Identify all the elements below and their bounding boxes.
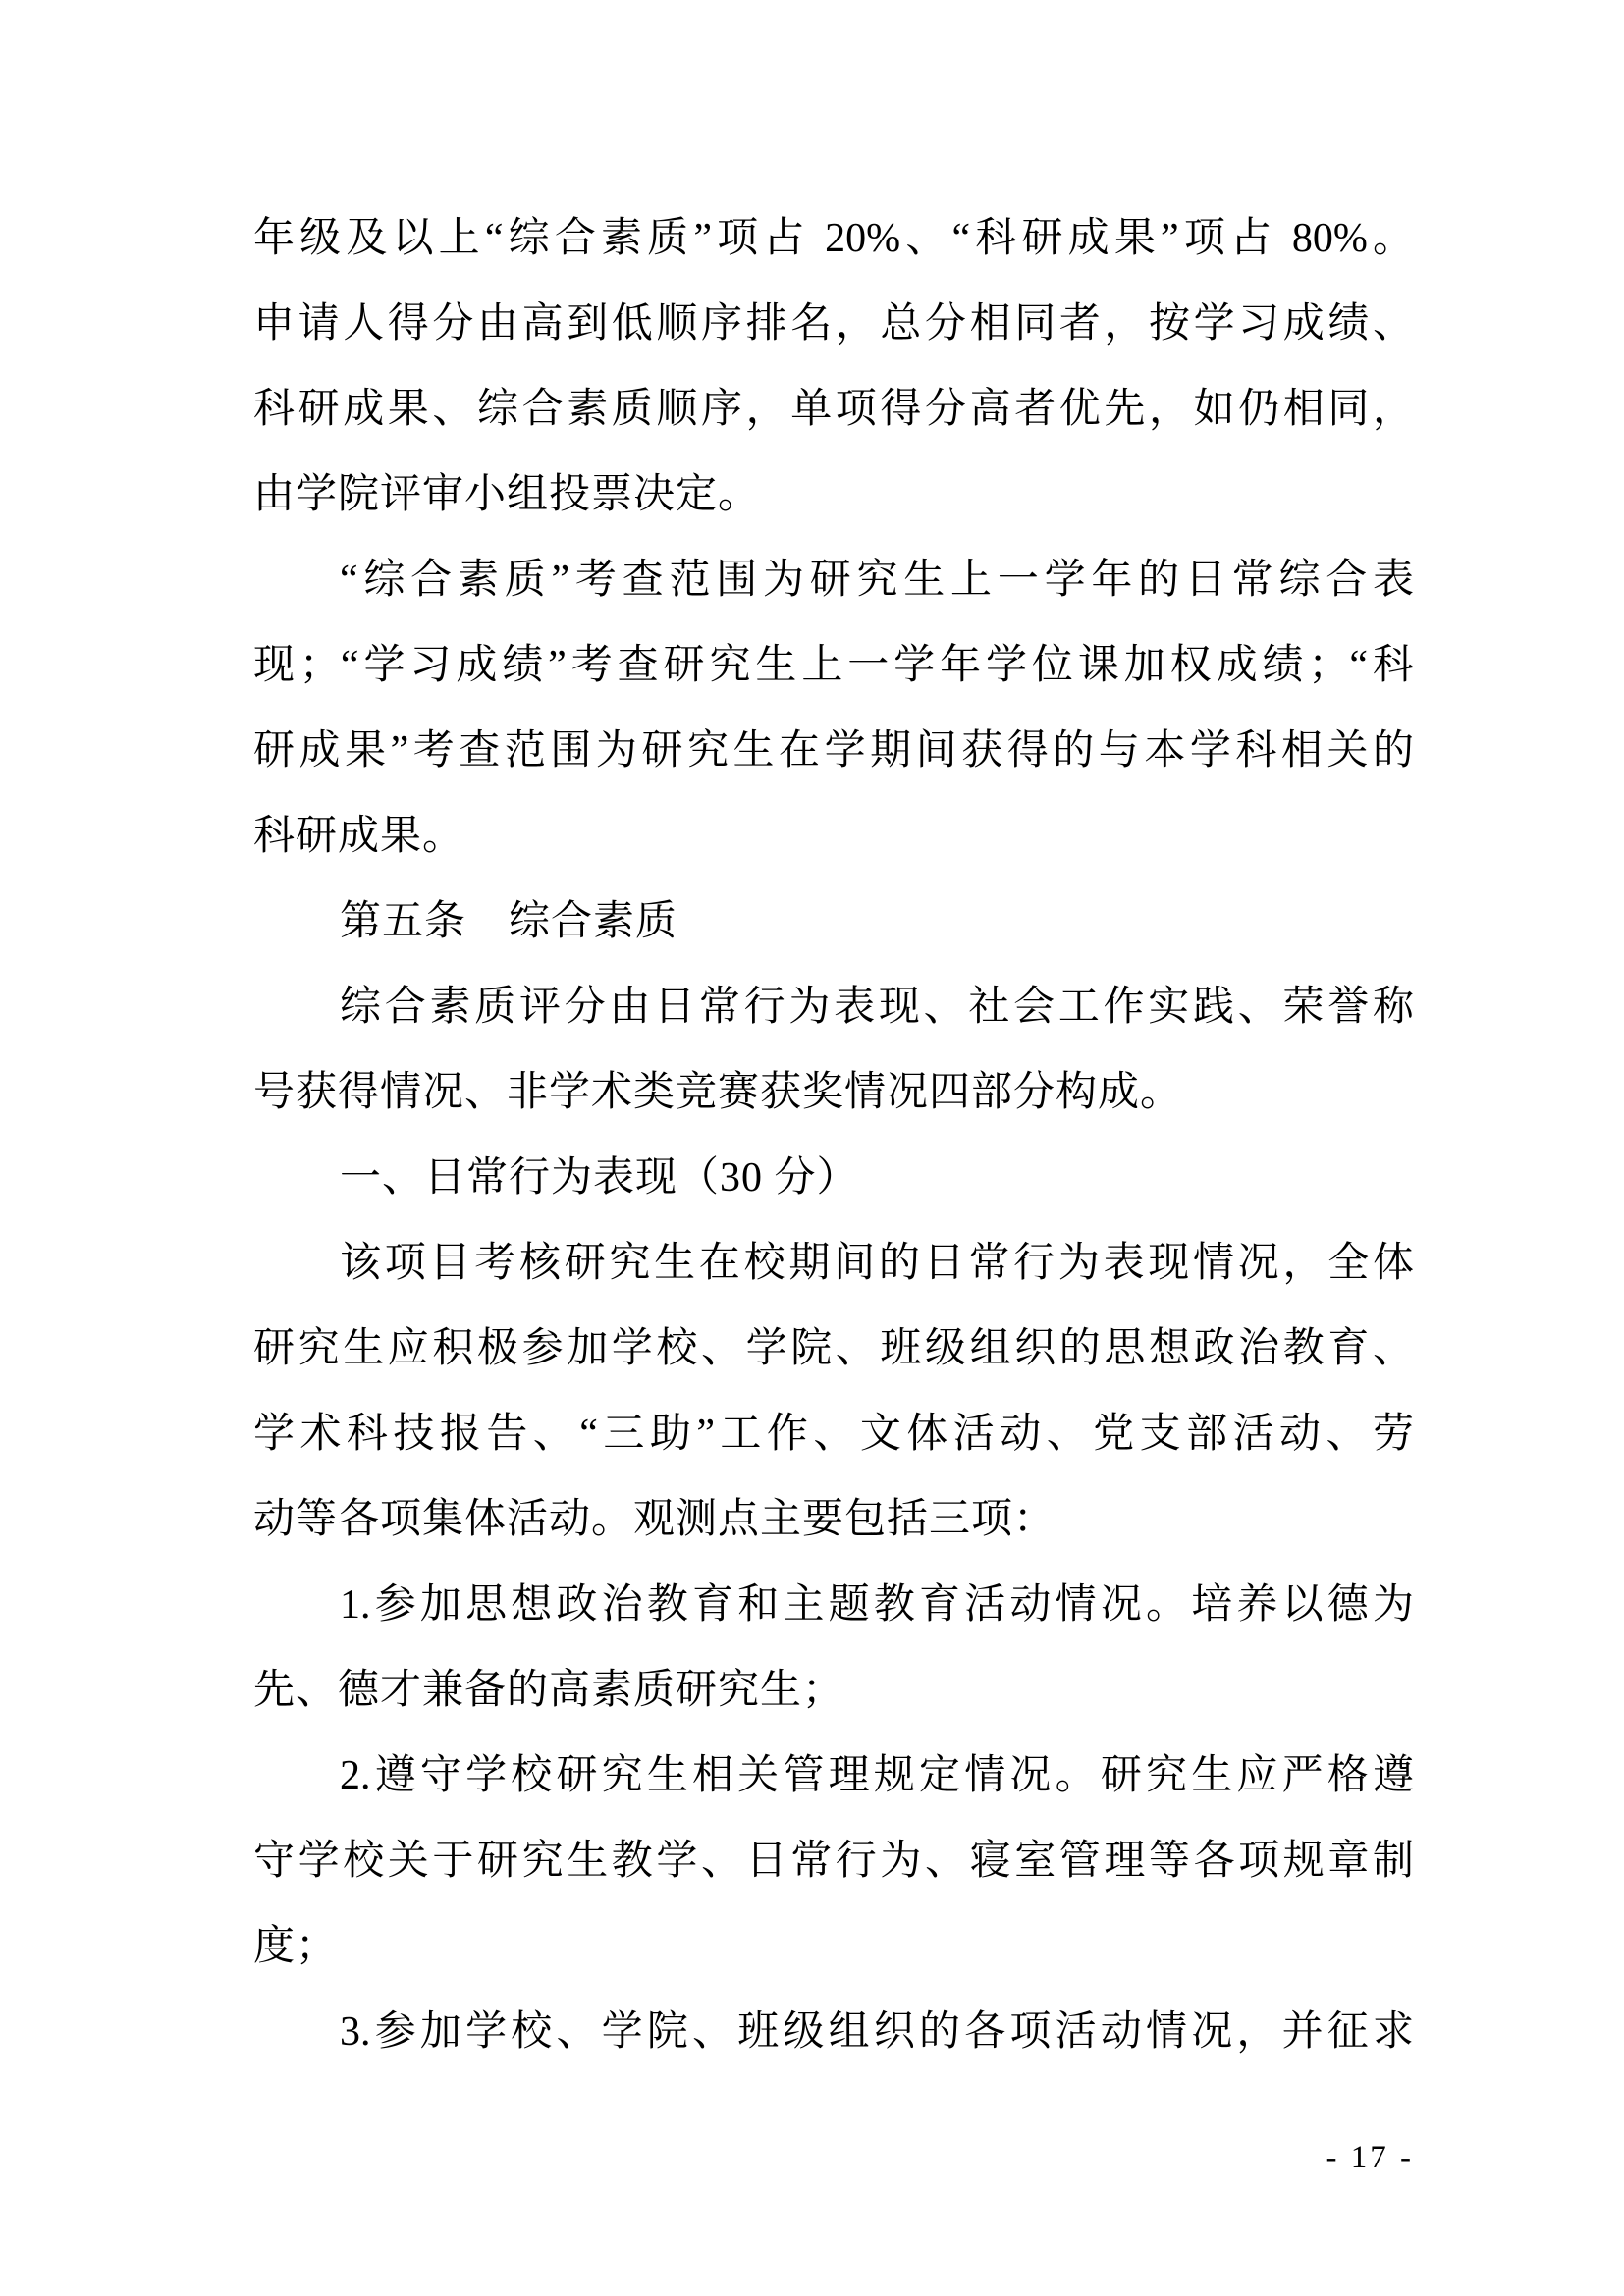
- text-line: 守学校关于研究生教学、日常行为、寝室管理等各项规章制: [253, 1819, 1414, 1904]
- text-line: 3.参加学校、学院、班级组织的各项活动情况，并征求: [253, 1990, 1414, 2075]
- text-line: 先、德才兼备的高素质研究生；: [253, 1648, 1414, 1734]
- text-line: 由学院评审小组投票决定。: [253, 453, 1414, 538]
- text-line: 研成果”考查范围为研究生在学期间获得的与本学科相关的: [253, 709, 1414, 794]
- text-line: 一、日常行为表现（30 分）: [253, 1136, 1414, 1221]
- text-line: 号获得情况、非学术类竞赛获奖情况四部分构成。: [253, 1050, 1414, 1136]
- text-line: 科研成果。: [253, 794, 1414, 880]
- text-line: 现；“学习成绩”考查研究生上一学年学位课加权成绩；“科: [253, 623, 1414, 709]
- text-line: 年级及以上“综合素质”项占 20%、“科研成果”项占 80%。: [253, 196, 1414, 282]
- text-line: 度；: [253, 1904, 1414, 1990]
- text-line: 科研成果、综合素质顺序，单项得分高者优先，如仍相同，: [253, 367, 1414, 453]
- text-line: 动等各项集体活动。观测点主要包括三项：: [253, 1477, 1414, 1563]
- text-line: 综合素质评分由日常行为表现、社会工作实践、荣誉称: [253, 965, 1414, 1050]
- document-page: 年级及以上“综合素质”项占 20%、“科研成果”项占 80%。申请人得分由高到低…: [0, 0, 1624, 2296]
- document-body: 年级及以上“综合素质”项占 20%、“科研成果”项占 80%。申请人得分由高到低…: [253, 196, 1414, 2075]
- text-line: 1.参加思想政治教育和主题教育活动情况。培养以德为: [253, 1563, 1414, 1648]
- text-line: 研究生应积极参加学校、学院、班级组织的思想政治教育、: [253, 1307, 1414, 1392]
- text-line: 学术科技报告、“三助”工作、文体活动、党支部活动、劳: [253, 1392, 1414, 1477]
- text-line: 2.遵守学校研究生相关管理规定情况。研究生应严格遵: [253, 1734, 1414, 1819]
- page-number: - 17 -: [253, 2136, 1414, 2180]
- text-line: “综合素质”考查范围为研究生上一学年的日常综合表: [253, 538, 1414, 623]
- text-line: 申请人得分由高到低顺序排名，总分相同者，按学习成绩、: [253, 282, 1414, 367]
- document-page-view: { "page": { "background": "#ffffff", "te…: [0, 0, 1624, 2296]
- text-line: 第五条 综合素质: [253, 880, 1414, 965]
- text-line: 该项目考核研究生在校期间的日常行为表现情况，全体: [253, 1221, 1414, 1307]
